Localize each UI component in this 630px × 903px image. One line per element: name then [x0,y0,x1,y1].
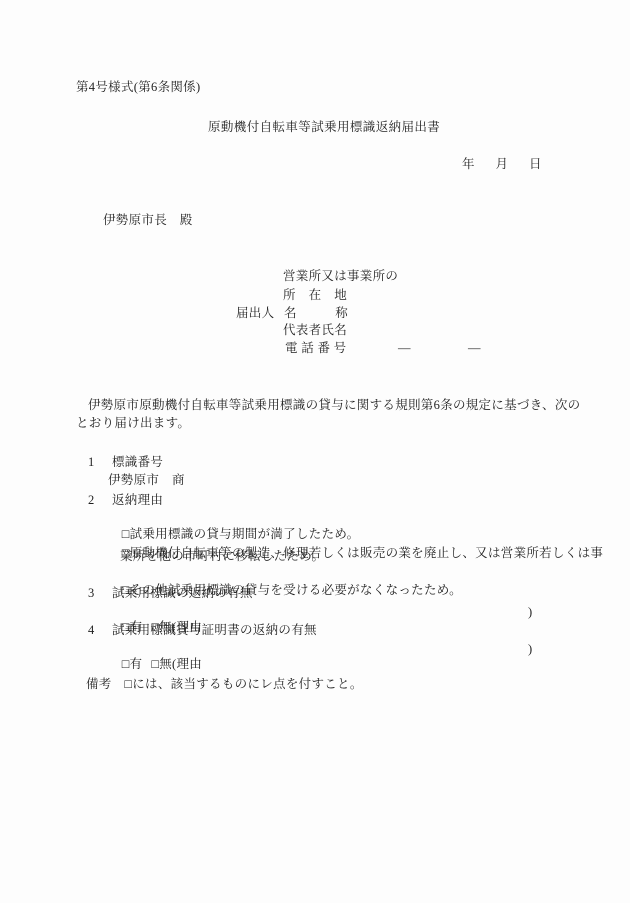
office-address-label-line1: 営業所又は事業所の [283,269,398,284]
representative-field-label: 代表者氏名 [283,323,347,338]
item1-title: 標識番号 [112,455,163,470]
date-line: 年 月 日 [462,157,542,172]
checkbox-no-option: □無(理由 [151,657,202,671]
body-paragraph-line2: とおり届け出ます。 [76,416,190,431]
date-year-label: 年 [462,157,475,172]
item2-option2-line2: 業所を他の市町村に移転したため。 [120,549,324,564]
item1-number: 1 [88,455,95,470]
applicant-role-label: 届出人 [236,306,274,321]
name-field-label: 名 称 [284,306,348,321]
item1-value: 伊勢原市 商 [108,473,185,488]
document-page: 第4号様式(第6条関係) 原動機付自転車等試乗用標識返納届出書 年 月 日 伊勢… [0,0,630,903]
item3-number: 3 [88,586,95,601]
item2-number: 2 [88,493,95,508]
phone-dash-2: ― [468,341,481,356]
item2-title: 返納理由 [112,493,163,508]
item3-title: 試乗用標識の返納の有無 [112,586,253,601]
addressee: 伊勢原市長 殿 [103,213,193,228]
phone-dash-1: ― [398,341,411,356]
item4-number: 4 [88,623,95,638]
phone-field-label: 電 話 番 号 [285,341,346,356]
checkbox-yes-option: □有 [122,657,143,671]
remarks-note: 備考 □には、該当するものにレ点を付すこと。 [86,677,363,692]
item3-paren-close: ) [528,605,532,620]
item4-paren-close: ) [528,642,532,657]
date-day-label: 日 [529,157,542,172]
body-paragraph-line1: 伊勢原市原動機付自転車等試乗用標識の貸与に関する規則第6条の規定に基づき、次の [88,398,580,413]
office-address-label-line2: 所 在 地 [283,288,347,303]
form-id: 第4号様式(第6条関係) [76,80,200,95]
item4-title: 試乗用標識貸与証明書の返納の有無 [112,623,317,638]
date-month-label: 月 [496,157,509,172]
document-title: 原動機付自転車等試乗用標識返納届出書 [208,120,440,135]
